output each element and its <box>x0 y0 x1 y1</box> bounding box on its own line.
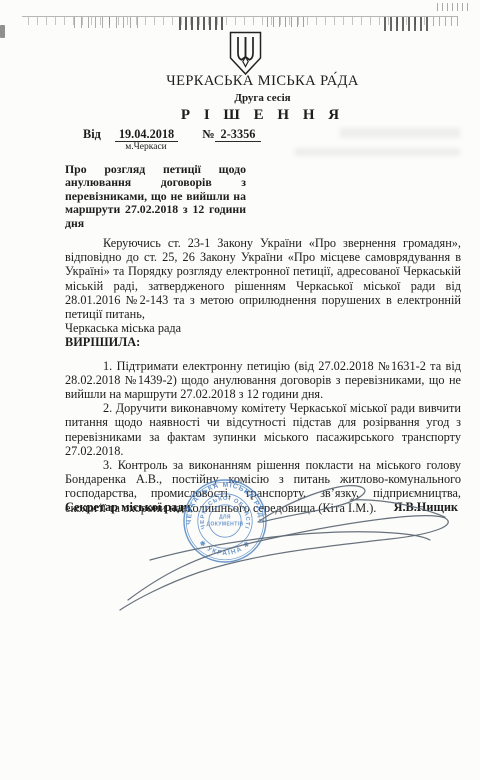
scan-artifact-ticks <box>433 17 459 26</box>
preamble-paragraph: Керуючись ст. 23-1 Закону України «Про з… <box>65 236 461 335</box>
resolved-label: ВИРІШИЛА: <box>65 335 461 349</box>
organization-name: ЧЕРКАСЬКА МІСЬКА РА́ДА <box>60 74 465 89</box>
scan-artifact-ticks <box>74 17 138 28</box>
preamble-text: Керуючись ст. 23-1 Закону України «Про з… <box>65 236 461 321</box>
scan-artifact-ticks <box>179 17 225 30</box>
issued-date: 19.04.2018 <box>115 127 178 142</box>
handwritten-signature <box>105 468 465 618</box>
scan-artifact-edge <box>0 25 5 38</box>
resolution-item-2: 2. Доручити виконавчому комітету Черкась… <box>65 401 461 458</box>
scan-smudge <box>340 128 460 138</box>
resolution-item-1: 1. Підтримати електронну петицію (від 27… <box>65 359 461 402</box>
document-header: ЧЕРКАСЬКА МІСЬКА РА́ДА Друга сесія Р І Ш… <box>60 74 465 123</box>
scan-artifact-corner <box>437 3 471 11</box>
issued-number-label: № <box>202 127 214 141</box>
scanned-decision-document: ЧЕРКАСЬКА МІСЬКА РА́ДА Друга сесія Р І Ш… <box>0 0 480 780</box>
issued-from-label: Від <box>83 127 101 141</box>
scan-smudge <box>295 148 460 156</box>
issued-place: м.Черкаси <box>83 142 209 152</box>
session-line: Друга сесія <box>60 93 465 104</box>
issued-number: 2-3356 <box>215 127 262 142</box>
document-type-title: Р І Ш Е Н Н Я <box>60 108 465 123</box>
scan-artifact-ticks <box>267 17 307 27</box>
issued-row: Від19.04.2018№2-3356 <box>83 127 261 142</box>
ukraine-trident-emblem-icon <box>227 31 264 76</box>
council-name: Черкаська міська рада <box>65 321 181 335</box>
scan-artifact-ticks <box>384 17 430 31</box>
subject-paragraph: Про розгляд петиції щодо анулювання дого… <box>65 163 246 230</box>
